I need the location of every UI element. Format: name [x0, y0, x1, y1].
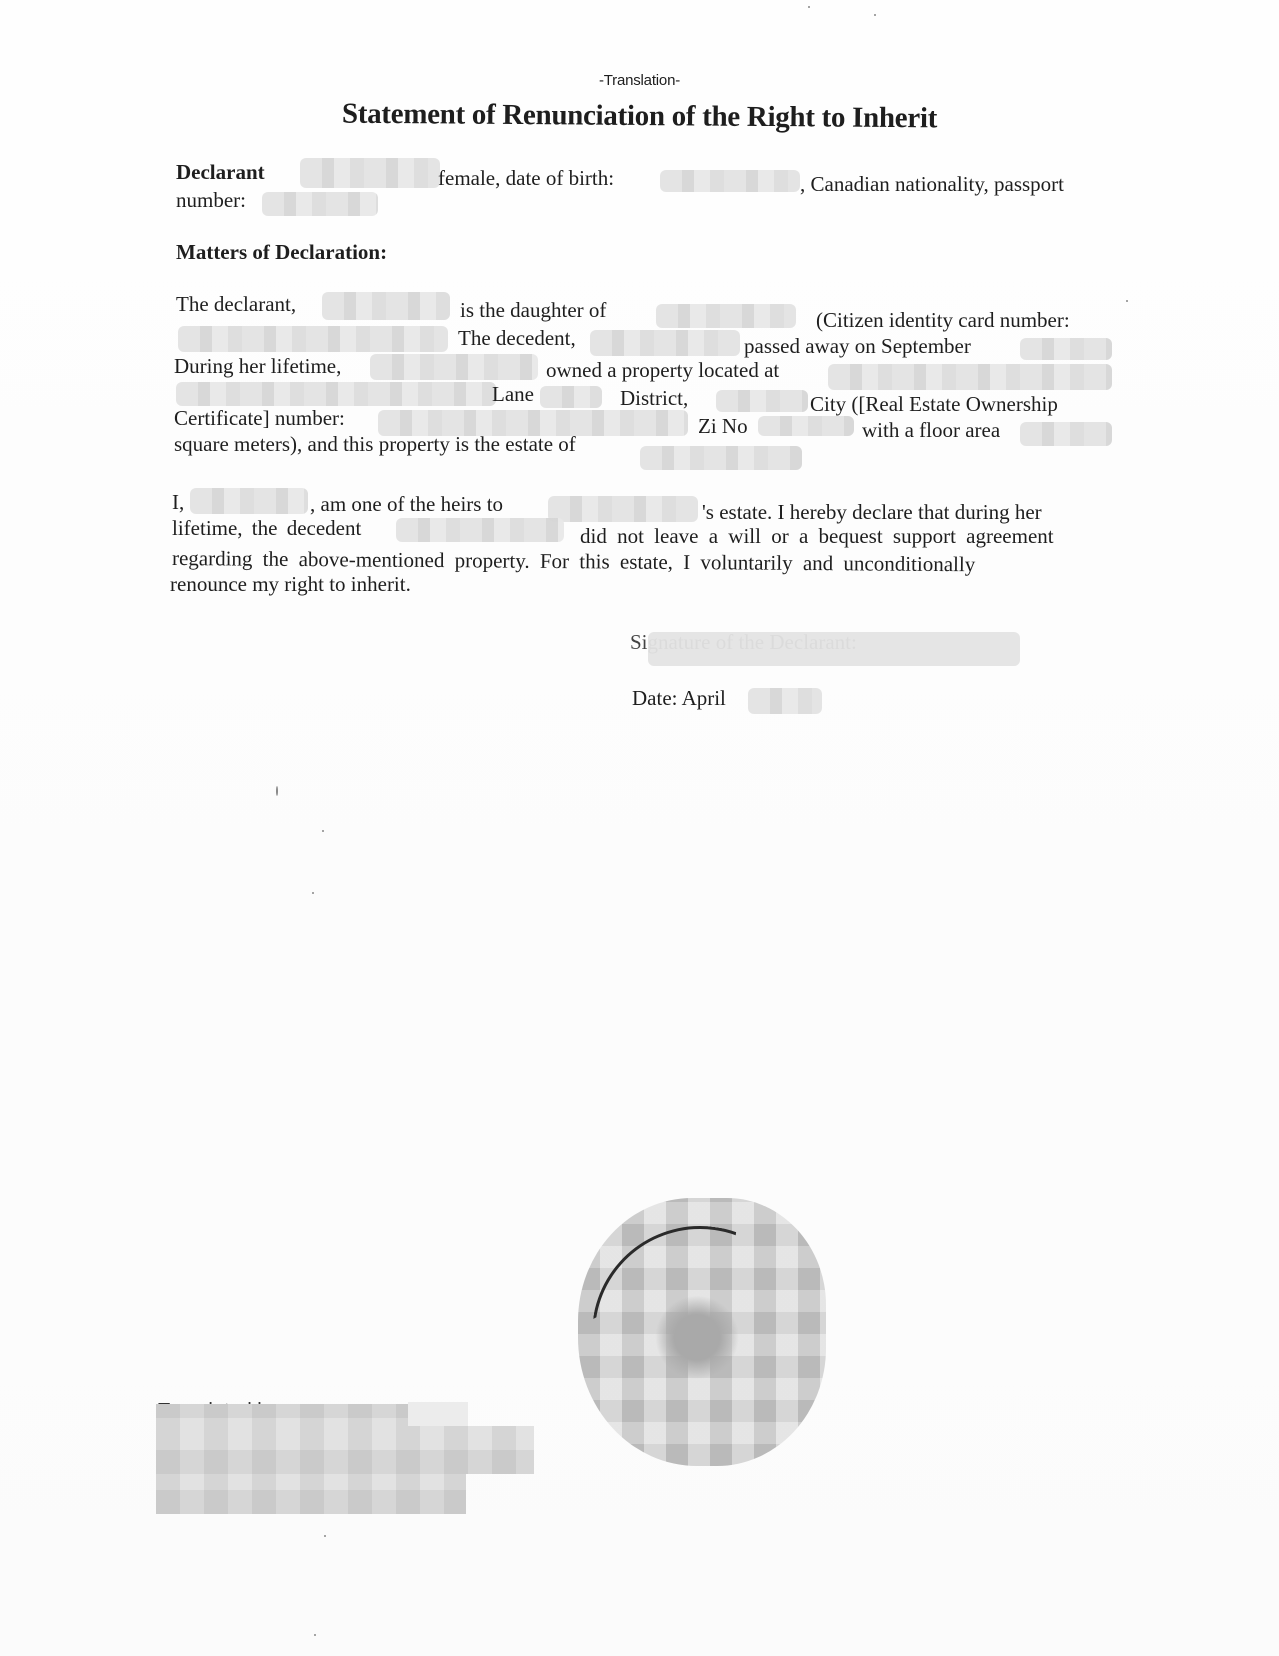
- date-label: Date: April: [632, 686, 726, 711]
- p1-line2-start: The decedent,: [458, 326, 576, 351]
- redacted-address: [176, 382, 496, 406]
- p1-line5-zino: Zi No: [698, 414, 748, 439]
- p2-line1-start: I,: [172, 490, 184, 515]
- p1-line5-end: with a floor area: [862, 418, 1000, 443]
- passport-number-label: number:: [176, 188, 246, 213]
- p2-line2-end: did not leave a will or a bequest suppor…: [580, 524, 1054, 549]
- p1-line1-mid: is the daughter of: [460, 298, 606, 323]
- p1-line4-lane: Lane: [492, 382, 534, 407]
- redacted-translator-info: [408, 1402, 468, 1426]
- official-seal-stamp: [578, 1198, 826, 1466]
- redacted-translator-info: [156, 1426, 534, 1474]
- redacted-address: [828, 364, 1112, 390]
- redacted-floor-area: [1020, 422, 1112, 446]
- scan-speck: [314, 1634, 316, 1636]
- matters-heading: Matters of Declaration:: [176, 240, 387, 265]
- scan-speck: [312, 892, 314, 894]
- redacted-name: [396, 518, 564, 542]
- redacted-name: [548, 496, 698, 522]
- p2-line2-start: lifetime, the decedent: [172, 516, 361, 541]
- p1-line1-end: (Citizen identity card number:: [816, 308, 1070, 333]
- redacted-date-of-birth: [660, 170, 800, 192]
- declarant-label: Declarant: [176, 160, 265, 185]
- p1-line6: square meters), and this property is the…: [174, 432, 576, 457]
- declarant-nationality: , Canadian nationality, passport: [800, 172, 1064, 197]
- redacted-date: [748, 688, 822, 714]
- p1-line2-end: passed away on September: [744, 334, 971, 359]
- p1-line4-district: District,: [620, 386, 688, 411]
- p1-line4-end: City ([Real Estate Ownership: [810, 392, 1058, 417]
- redacted-signature: [648, 632, 1020, 666]
- redacted-name: [640, 446, 802, 470]
- document-title: Statement of Renunciation of the Right t…: [0, 95, 1279, 138]
- redacted-name: [656, 304, 796, 328]
- p1-line3-start: During her lifetime,: [174, 354, 341, 379]
- translation-header: -Translation-: [0, 72, 1279, 89]
- p1-line3-end: owned a property located at: [546, 358, 779, 383]
- redacted-name: [322, 292, 450, 320]
- scan-speck: [276, 786, 278, 796]
- p1-line1-start: The declarant,: [176, 292, 296, 317]
- document-page: -Translation- Statement of Renunciation …: [0, 0, 1279, 1656]
- scan-speck: [874, 14, 876, 16]
- p1-line5-start: Certificate] number:: [174, 406, 345, 431]
- scan-speck: [808, 6, 810, 8]
- redacted-city: [716, 390, 808, 412]
- redacted-name: [590, 330, 740, 356]
- scan-speck: [1126, 300, 1128, 302]
- redacted-id-number: [178, 326, 448, 352]
- redacted-address: [540, 386, 602, 408]
- scan-speck: [322, 830, 324, 832]
- declarant-gender-dob-label: female, date of birth:: [438, 166, 614, 191]
- p2-line4: renounce my right to inherit.: [170, 572, 411, 597]
- redacted-passport-number: [262, 192, 378, 216]
- redacted-certificate-number: [758, 416, 854, 436]
- p2-line1-end: 's estate. I hereby declare that during …: [702, 500, 1042, 525]
- redacted-name: [190, 488, 308, 514]
- p2-line1-mid: , am one of the heirs to: [310, 492, 503, 517]
- redacted-declarant-name: [300, 158, 440, 188]
- redacted-date: [1020, 338, 1112, 360]
- redacted-name: [370, 354, 538, 380]
- scan-speck: [324, 1535, 326, 1537]
